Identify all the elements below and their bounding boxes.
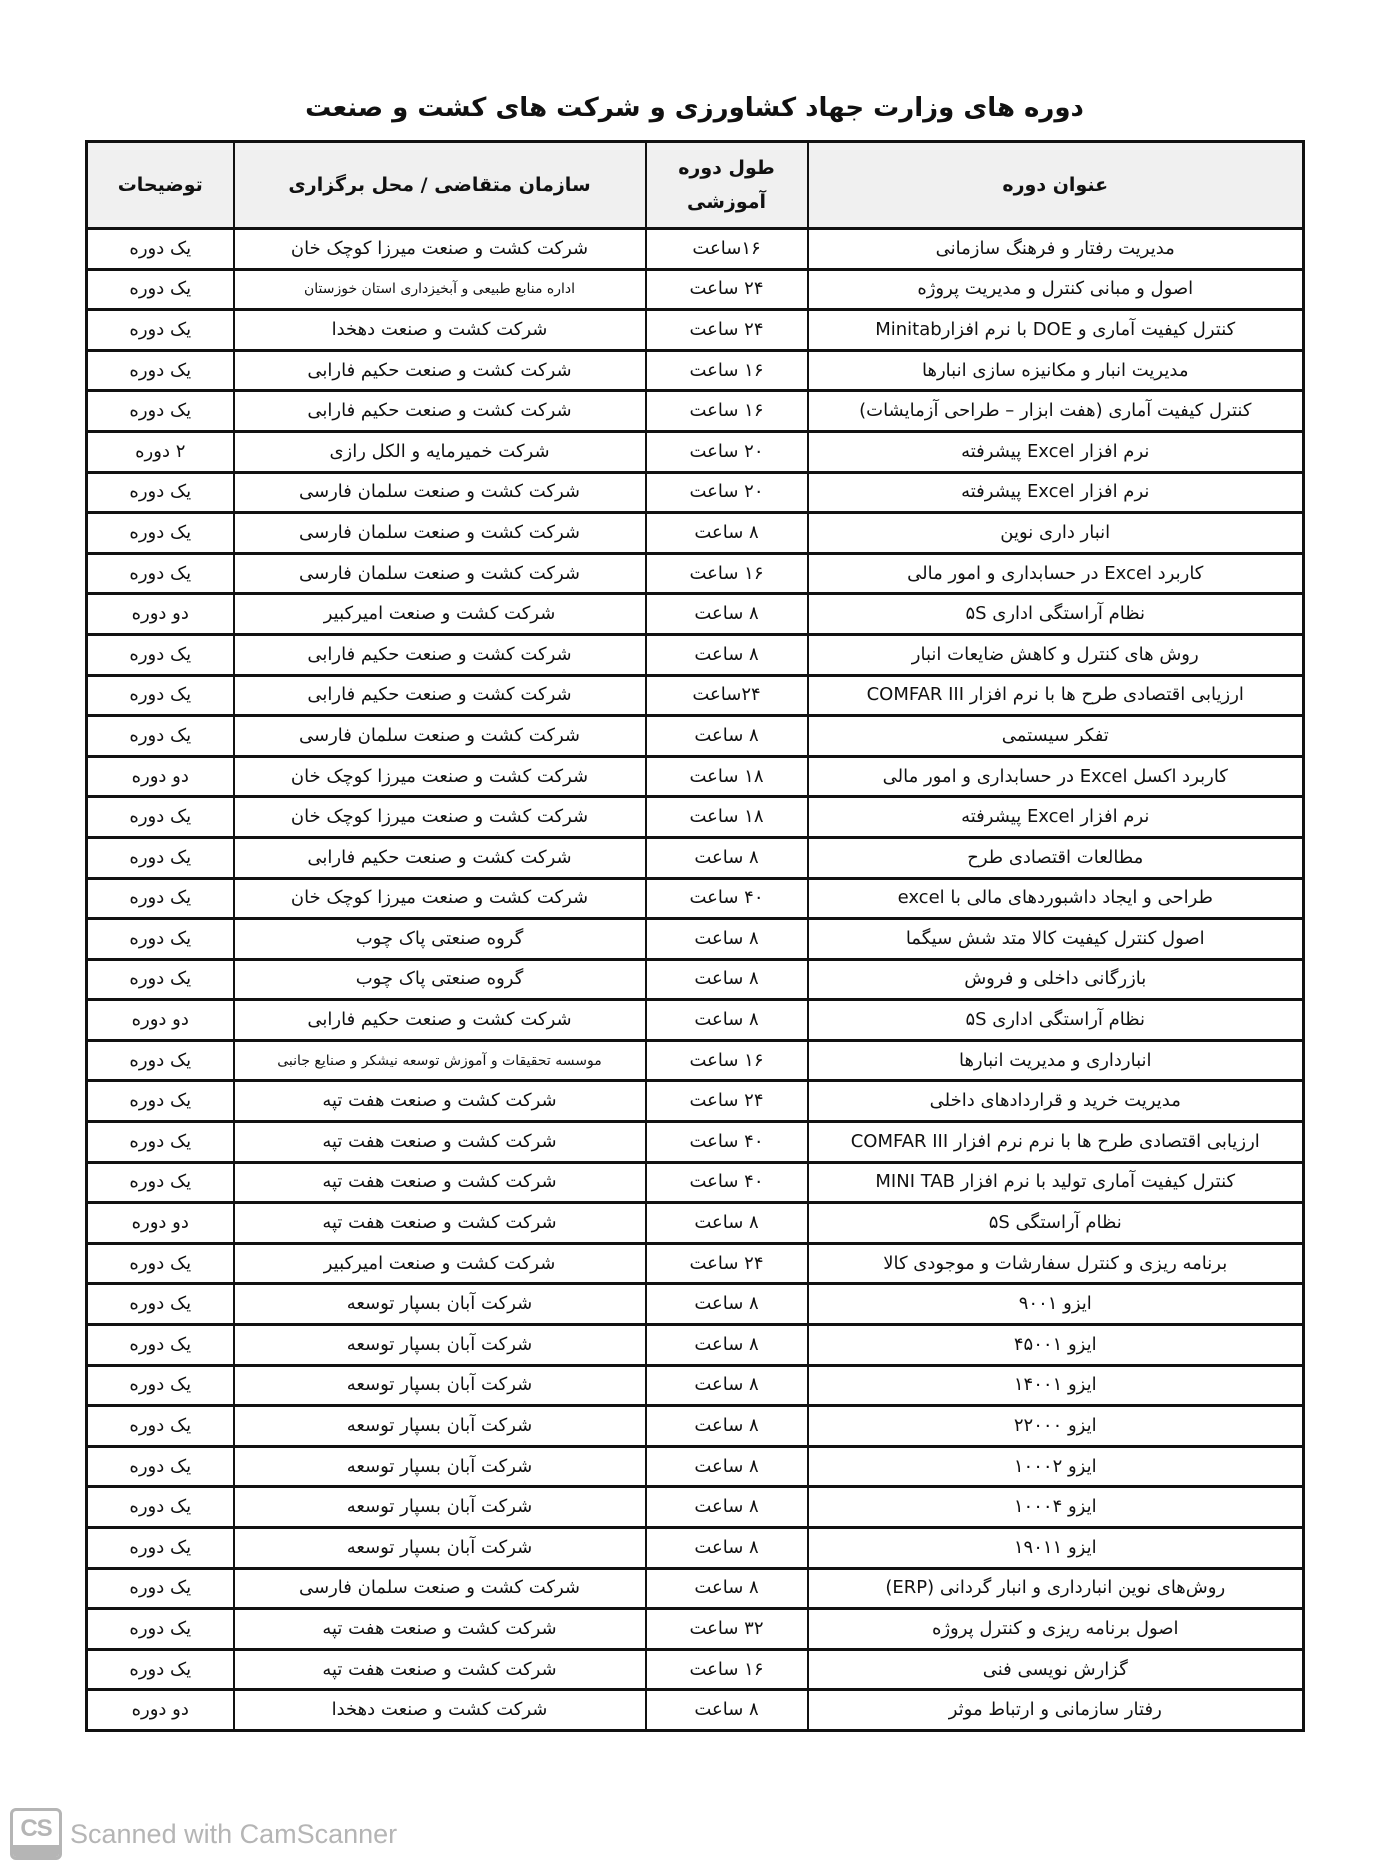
notes-cell: یک دوره xyxy=(87,1446,234,1487)
notes-cell: یک دوره xyxy=(87,1568,234,1609)
notes-cell: یک دوره xyxy=(87,1040,234,1081)
table-row: کاربرد اکسل Excel در حسابداری و امور مال… xyxy=(87,756,1304,797)
duration-cell: ۱۶ ساعت xyxy=(646,1649,808,1690)
duration-cell: ۸ ساعت xyxy=(646,837,808,878)
header-duration-line2: آموزشی xyxy=(651,185,803,219)
duration-cell: ۸ ساعت xyxy=(646,1000,808,1041)
table-row: انبارداری و مدیریت انبارها۱۶ ساعتموسسه ت… xyxy=(87,1040,1304,1081)
course-title-cell: ایزو ۱۰۰۰۴ xyxy=(808,1487,1304,1528)
duration-cell: ۲۴ ساعت xyxy=(646,269,808,310)
duration-cell: ۸ ساعت xyxy=(646,1284,808,1325)
notes-cell: یک دوره xyxy=(87,959,234,1000)
table-row: روش های کنترل و کاهش ضایعات انبار۸ ساعتش… xyxy=(87,634,1304,675)
organization-cell: شرکت کشت و صنعت امیرکبیر xyxy=(234,594,646,635)
notes-cell: دو دوره xyxy=(87,756,234,797)
organization-cell: شرکت کشت و صنعت میرزا کوچک خان xyxy=(234,878,646,919)
organization-cell: شرکت کشت و صنعت سلمان فارسی xyxy=(234,1568,646,1609)
course-title-cell: گزارش نویسی فنی xyxy=(808,1649,1304,1690)
organization-cell: شرکت آبان بسپار توسعه xyxy=(234,1325,646,1366)
notes-cell: یک دوره xyxy=(87,797,234,838)
organization-cell: شرکت کشت و صنعت هفت تپه xyxy=(234,1649,646,1690)
notes-cell: ۲ دوره xyxy=(87,431,234,472)
table-row: ارزیابی اقتصادی طرح ها با نرم افزار COMF… xyxy=(87,675,1304,716)
course-title-cell: ایزو ۱۴۰۰۱ xyxy=(808,1365,1304,1406)
duration-cell: ۲۴ ساعت xyxy=(646,1243,808,1284)
course-title-cell: برنامه ریزی و کنترل سفارشات و موجودی کال… xyxy=(808,1243,1304,1284)
organization-cell: اداره منابع طبیعی و آبخیزداری استان خوزس… xyxy=(234,269,646,310)
organization-cell: شرکت کشت و صنعت هفت تپه xyxy=(234,1162,646,1203)
organization-cell: شرکت کشت و صنعت حکیم فارابی xyxy=(234,350,646,391)
duration-cell: ۱۶ ساعت xyxy=(646,1040,808,1081)
organization-cell: شرکت کشت و صنعت هفت تپه xyxy=(234,1609,646,1650)
notes-cell: یک دوره xyxy=(87,716,234,757)
organization-cell: شرکت کشت و صنعت سلمان فارسی xyxy=(234,472,646,513)
notes-cell: یک دوره xyxy=(87,229,234,270)
course-title-cell: روش‌های نوین انبارداری و انبار گردانی (E… xyxy=(808,1568,1304,1609)
notes-cell: یک دوره xyxy=(87,1487,234,1528)
course-title-cell: نرم افزار Excel پیشرفته xyxy=(808,472,1304,513)
course-title-cell: ایزو ۹۰۰۱ xyxy=(808,1284,1304,1325)
table-row: ارزیابی اقتصادی طرح ها با نرم نرم افزار … xyxy=(87,1122,1304,1163)
course-title-cell: نظام آراستگی اداری ۵S xyxy=(808,594,1304,635)
duration-cell: ۸ ساعت xyxy=(646,1446,808,1487)
course-title-cell: نرم افزار Excel پیشرفته xyxy=(808,431,1304,472)
duration-cell: ۸ ساعت xyxy=(646,959,808,1000)
header-duration-line1: طول دوره xyxy=(651,151,803,185)
notes-cell: یک دوره xyxy=(87,1284,234,1325)
duration-cell: ۸ ساعت xyxy=(646,1406,808,1447)
course-title-cell: ایزو ۱۹۰۱۱ xyxy=(808,1528,1304,1569)
table-row: روش‌های نوین انبارداری و انبار گردانی (E… xyxy=(87,1568,1304,1609)
duration-cell: ۸ ساعت xyxy=(646,513,808,554)
duration-cell: ۸ ساعت xyxy=(646,1325,808,1366)
duration-cell: ۸ ساعت xyxy=(646,1568,808,1609)
course-title-cell: اصول کنترل کیفیت کالا متد شش سیگما xyxy=(808,919,1304,960)
table-row: برنامه ریزی و کنترل سفارشات و موجودی کال… xyxy=(87,1243,1304,1284)
table-body: مدیریت رفتار و فرهنگ سازمانی۱۶ساعتشرکت ک… xyxy=(87,229,1304,1731)
course-title-cell: مدیریت خرید و قراردادهای داخلی xyxy=(808,1081,1304,1122)
course-title-cell: اصول و مبانی کنترل و مدیریت پروژه xyxy=(808,269,1304,310)
notes-cell: یک دوره xyxy=(87,310,234,351)
course-title-cell: کنترل کیفیت آماری و DOE با نرم افزارMini… xyxy=(808,310,1304,351)
table-row: نرم افزار Excel پیشرفته۱۸ ساعتشرکت کشت و… xyxy=(87,797,1304,838)
table-row: مطالعات اقتصادی طرح۸ ساعتشرکت کشت و صنعت… xyxy=(87,837,1304,878)
notes-cell: دو دوره xyxy=(87,594,234,635)
duration-cell: ۴۰ ساعت xyxy=(646,878,808,919)
duration-cell: ۱۸ ساعت xyxy=(646,756,808,797)
notes-cell: یک دوره xyxy=(87,1325,234,1366)
course-title-cell: روش های کنترل و کاهش ضایعات انبار xyxy=(808,634,1304,675)
table-row: ایزو ۱۹۰۱۱۸ ساعتشرکت آبان بسپار توسعهیک … xyxy=(87,1528,1304,1569)
notes-cell: یک دوره xyxy=(87,919,234,960)
table-row: اصول کنترل کیفیت کالا متد شش سیگما۸ ساعت… xyxy=(87,919,1304,960)
header-course-title: عنوان دوره xyxy=(808,142,1304,229)
duration-cell: ۱۶ساعت xyxy=(646,229,808,270)
header-notes: توضیحات xyxy=(87,142,234,229)
course-title-cell: ایزو ۱۰۰۰۲ xyxy=(808,1446,1304,1487)
notes-cell: یک دوره xyxy=(87,1243,234,1284)
table-row: نظام آراستگی ۵S۸ ساعتشرکت کشت و صنعت هفت… xyxy=(87,1203,1304,1244)
notes-cell: دو دوره xyxy=(87,1203,234,1244)
duration-cell: ۴۰ ساعت xyxy=(646,1162,808,1203)
duration-cell: ۸ ساعت xyxy=(646,716,808,757)
organization-cell: شرکت کشت و صنعت میرزا کوچک خان xyxy=(234,797,646,838)
course-title-cell: ایزو ۲۲۰۰۰ xyxy=(808,1406,1304,1447)
duration-cell: ۸ ساعت xyxy=(646,1365,808,1406)
course-title-cell: ارزیابی اقتصادی طرح ها با نرم نرم افزار … xyxy=(808,1122,1304,1163)
notes-cell: یک دوره xyxy=(87,837,234,878)
duration-cell: ۱۸ ساعت xyxy=(646,797,808,838)
table-row: نرم افزار Excel پیشرفته۲۰ ساعتشرکت کشت و… xyxy=(87,472,1304,513)
notes-cell: دو دوره xyxy=(87,1000,234,1041)
table-row: نظام آراستگی اداری ۵S۸ ساعتشرکت کشت و صن… xyxy=(87,594,1304,635)
table-row: مدیریت خرید و قراردادهای داخلی۲۴ ساعتشرک… xyxy=(87,1081,1304,1122)
table-row: رفتار سازمانی و ارتباط موثر۸ ساعتشرکت کش… xyxy=(87,1690,1304,1731)
course-title-cell: انبارداری و مدیریت انبارها xyxy=(808,1040,1304,1081)
table-row: نرم افزار Excel پیشرفته۲۰ ساعتشرکت خمیرم… xyxy=(87,431,1304,472)
table-row: طراحی و ایجاد داشبوردهای مالی با excel۴۰… xyxy=(87,878,1304,919)
notes-cell: یک دوره xyxy=(87,472,234,513)
notes-cell: یک دوره xyxy=(87,1406,234,1447)
course-title-cell: تفکر سیستمی xyxy=(808,716,1304,757)
table-row: مدیریت رفتار و فرهنگ سازمانی۱۶ساعتشرکت ک… xyxy=(87,229,1304,270)
duration-cell: ۴۰ ساعت xyxy=(646,1122,808,1163)
table-row: اصول برنامه ریزی و کنترل پروژه۳۲ ساعتشرک… xyxy=(87,1609,1304,1650)
course-title-cell: کاربرد Excel در حسابداری و امور مالی xyxy=(808,553,1304,594)
table-row: گزارش نویسی فنی۱۶ ساعتشرکت کشت و صنعت هف… xyxy=(87,1649,1304,1690)
organization-cell: شرکت کشت و صنعت دهخدا xyxy=(234,310,646,351)
notes-cell: یک دوره xyxy=(87,1649,234,1690)
course-title-cell: نظام آراستگی اداری ۵S xyxy=(808,1000,1304,1041)
table-row: ایزو ۱۰۰۰۴۸ ساعتشرکت آبان بسپار توسعهیک … xyxy=(87,1487,1304,1528)
table-row: انبار داری نوین۸ ساعتشرکت کشت و صنعت سلم… xyxy=(87,513,1304,554)
table-row: مدیریت انبار و مکانیزه سازی انبارها۱۶ سا… xyxy=(87,350,1304,391)
duration-cell: ۸ ساعت xyxy=(646,1528,808,1569)
table-row: نظام آراستگی اداری ۵S۸ ساعتشرکت کشت و صن… xyxy=(87,1000,1304,1041)
duration-cell: ۲۰ ساعت xyxy=(646,472,808,513)
duration-cell: ۳۲ ساعت xyxy=(646,1609,808,1650)
course-title-cell: نظام آراستگی ۵S xyxy=(808,1203,1304,1244)
course-title-cell: مدیریت رفتار و فرهنگ سازمانی xyxy=(808,229,1304,270)
duration-cell: ۲۰ ساعت xyxy=(646,431,808,472)
camscanner-watermark: CS Scanned with CamScanner xyxy=(10,1808,397,1860)
organization-cell: شرکت کشت و صنعت سلمان فارسی xyxy=(234,513,646,554)
notes-cell: یک دوره xyxy=(87,391,234,432)
duration-cell: ۸ ساعت xyxy=(646,1487,808,1528)
organization-cell: شرکت آبان بسپار توسعه xyxy=(234,1446,646,1487)
table-row: کنترل کیفیت آماری تولید با نرم افزار MIN… xyxy=(87,1162,1304,1203)
organization-cell: شرکت کشت و صنعت حکیم فارابی xyxy=(234,675,646,716)
course-title-cell: طراحی و ایجاد داشبوردهای مالی با excel xyxy=(808,878,1304,919)
table-row: ایزو ۲۲۰۰۰۸ ساعتشرکت آبان بسپار توسعهیک … xyxy=(87,1406,1304,1447)
organization-cell: شرکت کشت و صنعت هفت تپه xyxy=(234,1122,646,1163)
duration-cell: ۸ ساعت xyxy=(646,594,808,635)
table-row: تفکر سیستمی۸ ساعتشرکت کشت و صنعت سلمان ف… xyxy=(87,716,1304,757)
organization-cell: شرکت آبان بسپار توسعه xyxy=(234,1487,646,1528)
duration-cell: ۱۶ ساعت xyxy=(646,350,808,391)
organization-cell: شرکت آبان بسپار توسعه xyxy=(234,1406,646,1447)
duration-cell: ۸ ساعت xyxy=(646,1203,808,1244)
notes-cell: یک دوره xyxy=(87,1609,234,1650)
course-title-cell: کنترل کیفیت آماری (هفت ابزار – طراحی آزم… xyxy=(808,391,1304,432)
table-row: کنترل کیفیت آماری (هفت ابزار – طراحی آزم… xyxy=(87,391,1304,432)
table-row: ایزو ۴۵۰۰۱۸ ساعتشرکت آبان بسپار توسعهیک … xyxy=(87,1325,1304,1366)
course-title-cell: ارزیابی اقتصادی طرح ها با نرم افزار COMF… xyxy=(808,675,1304,716)
course-title-cell: مطالعات اقتصادی طرح xyxy=(808,837,1304,878)
course-title-cell: بازرگانی داخلی و فروش xyxy=(808,959,1304,1000)
camscanner-logo-icon: CS xyxy=(10,1808,62,1860)
course-title-cell: انبار داری نوین xyxy=(808,513,1304,554)
header-organization: سازمان متقاضی / محل برگزاری xyxy=(234,142,646,229)
table-row: اصول و مبانی کنترل و مدیریت پروژه۲۴ ساعت… xyxy=(87,269,1304,310)
notes-cell: یک دوره xyxy=(87,634,234,675)
notes-cell: یک دوره xyxy=(87,675,234,716)
notes-cell: یک دوره xyxy=(87,269,234,310)
organization-cell: شرکت کشت و صنعت حکیم فارابی xyxy=(234,1000,646,1041)
course-title-cell: مدیریت انبار و مکانیزه سازی انبارها xyxy=(808,350,1304,391)
watermark-text: Scanned with CamScanner xyxy=(70,1819,397,1850)
organization-cell: شرکت کشت و صنعت امیرکبیر xyxy=(234,1243,646,1284)
notes-cell: یک دوره xyxy=(87,1081,234,1122)
duration-cell: ۲۴ ساعت xyxy=(646,310,808,351)
organization-cell: شرکت کشت و صنعت سلمان فارسی xyxy=(234,553,646,594)
duration-cell: ۲۴ساعت xyxy=(646,675,808,716)
notes-cell: یک دوره xyxy=(87,878,234,919)
notes-cell: یک دوره xyxy=(87,1528,234,1569)
organization-cell: شرکت کشت و صنعت سلمان فارسی xyxy=(234,716,646,757)
duration-cell: ۱۶ ساعت xyxy=(646,391,808,432)
organization-cell: شرکت کشت و صنعت میرزا کوچک خان xyxy=(234,229,646,270)
organization-cell: شرکت آبان بسپار توسعه xyxy=(234,1365,646,1406)
course-title-cell: کاربرد اکسل Excel در حسابداری و امور مال… xyxy=(808,756,1304,797)
duration-cell: ۲۴ ساعت xyxy=(646,1081,808,1122)
duration-cell: ۸ ساعت xyxy=(646,634,808,675)
notes-cell: یک دوره xyxy=(87,1162,234,1203)
table-row: ایزو ۹۰۰۱۸ ساعتشرکت آبان بسپار توسعهیک د… xyxy=(87,1284,1304,1325)
notes-cell: یک دوره xyxy=(87,350,234,391)
table-row: ایزو ۱۰۰۰۲۸ ساعتشرکت آبان بسپار توسعهیک … xyxy=(87,1446,1304,1487)
organization-cell: شرکت کشت و صنعت دهخدا xyxy=(234,1690,646,1731)
duration-cell: ۸ ساعت xyxy=(646,1690,808,1731)
notes-cell: یک دوره xyxy=(87,1122,234,1163)
page-title: دوره های وزارت جهاد کشاورزی و شرکت های ک… xyxy=(85,88,1304,128)
notes-cell: یک دوره xyxy=(87,513,234,554)
course-title-cell: نرم افزار Excel پیشرفته xyxy=(808,797,1304,838)
duration-cell: ۸ ساعت xyxy=(646,919,808,960)
organization-cell: شرکت خمیرمایه و الکل رازی xyxy=(234,431,646,472)
organization-cell: شرکت کشت و صنعت حکیم فارابی xyxy=(234,391,646,432)
organization-cell: شرکت کشت و صنعت میرزا کوچک خان xyxy=(234,756,646,797)
course-title-cell: رفتار سازمانی و ارتباط موثر xyxy=(808,1690,1304,1731)
table-row: کنترل کیفیت آماری و DOE با نرم افزارMini… xyxy=(87,310,1304,351)
organization-cell: گروه صنعتی پاک چوب xyxy=(234,959,646,1000)
organization-cell: شرکت کشت و صنعت حکیم فارابی xyxy=(234,634,646,675)
course-title-cell: ایزو ۴۵۰۰۱ xyxy=(808,1325,1304,1366)
organization-cell: شرکت آبان بسپار توسعه xyxy=(234,1284,646,1325)
table-header-row: عنوان دوره طول دوره آموزشی سازمان متقاضی… xyxy=(87,142,1304,229)
organization-cell: شرکت آبان بسپار توسعه xyxy=(234,1528,646,1569)
course-title-cell: کنترل کیفیت آماری تولید با نرم افزار MIN… xyxy=(808,1162,1304,1203)
header-duration: طول دوره آموزشی xyxy=(646,142,808,229)
organization-cell: شرکت کشت و صنعت هفت تپه xyxy=(234,1081,646,1122)
course-title-cell: اصول برنامه ریزی و کنترل پروژه xyxy=(808,1609,1304,1650)
organization-cell: گروه صنعتی پاک چوب xyxy=(234,919,646,960)
notes-cell: دو دوره xyxy=(87,1690,234,1731)
organization-cell: شرکت کشت و صنعت هفت تپه xyxy=(234,1203,646,1244)
courses-table: عنوان دوره طول دوره آموزشی سازمان متقاضی… xyxy=(85,140,1305,1732)
notes-cell: یک دوره xyxy=(87,553,234,594)
table-row: ایزو ۱۴۰۰۱۸ ساعتشرکت آبان بسپار توسعهیک … xyxy=(87,1365,1304,1406)
organization-cell: شرکت کشت و صنعت حکیم فارابی xyxy=(234,837,646,878)
table-row: بازرگانی داخلی و فروش۸ ساعتگروه صنعتی پا… xyxy=(87,959,1304,1000)
notes-cell: یک دوره xyxy=(87,1365,234,1406)
organization-cell: موسسه تحقیقات و آموزش توسعه نیشکر و صنای… xyxy=(234,1040,646,1081)
table-row: کاربرد Excel در حسابداری و امور مالی۱۶ س… xyxy=(87,553,1304,594)
duration-cell: ۱۶ ساعت xyxy=(646,553,808,594)
